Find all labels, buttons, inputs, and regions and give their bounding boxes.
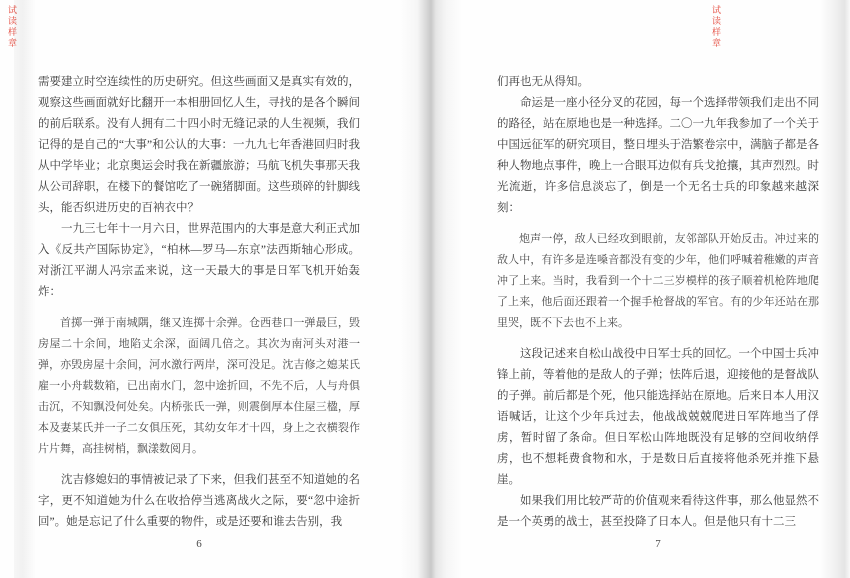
paragraph: 沈吉修媳妇的事情被记录了下来，但我们甚至不知道她的名字，更不知道她为什么在收拾停… <box>38 470 360 533</box>
paragraph: 这段记述来自松山战役中日军士兵的回忆。一个中国士兵冲锋上前，等着他的是敌人的子弹… <box>497 344 819 491</box>
block-quote: 炮声一停，敌人已经攻到眼前，友邻部队开始反击。冲过来的敌人中，有许多是连嗓音都没… <box>497 229 819 334</box>
book-spread: 试读样章 试读样章 需要建立时空连续性的历史研究。但这些画面又是真实有效的，观察… <box>0 0 850 578</box>
paragraph-continuation: 们再也无从得知。 <box>497 72 819 93</box>
book-gutter-shadow <box>400 0 462 578</box>
paragraph: 如果我们用比较严苛的价值观来看待这件事，那么他显然不是一个英勇的战士，甚至投降了… <box>497 491 819 533</box>
right-page-edge <box>820 0 850 578</box>
right-page-text: 们再也无从得知。 命运是一座小径分叉的花园，每一个选择带领我们走出不同的路径，站… <box>497 72 819 533</box>
left-page-edge <box>14 0 36 578</box>
paragraph: 一九三七年十一月六日，世界范围内的大事是意大利正式加入《反共产国际协定》，“柏林… <box>38 219 360 303</box>
paragraph: 命运是一座小径分叉的花园，每一个选择带领我们走出不同的路径，站在原地也是一种选择… <box>497 93 819 219</box>
paragraph-continuation: 需要建立时空连续性的历史研究。但这些画面又是真实有效的，观察这些画面就好比翻开一… <box>38 72 360 219</box>
page-number-right: 7 <box>497 538 819 550</box>
page-number-left: 6 <box>38 538 360 550</box>
block-quote: 首掷一弹于南城隅，继又连掷十余弹。仓西巷口一弹最巨，毁房屋二十余间，地陷丈余深，… <box>38 313 360 460</box>
left-page-text: 需要建立时空连续性的历史研究。但这些画面又是真实有效的，观察这些画面就好比翻开一… <box>38 72 360 533</box>
corner-watermark-right: 试读样章 <box>710 5 723 49</box>
